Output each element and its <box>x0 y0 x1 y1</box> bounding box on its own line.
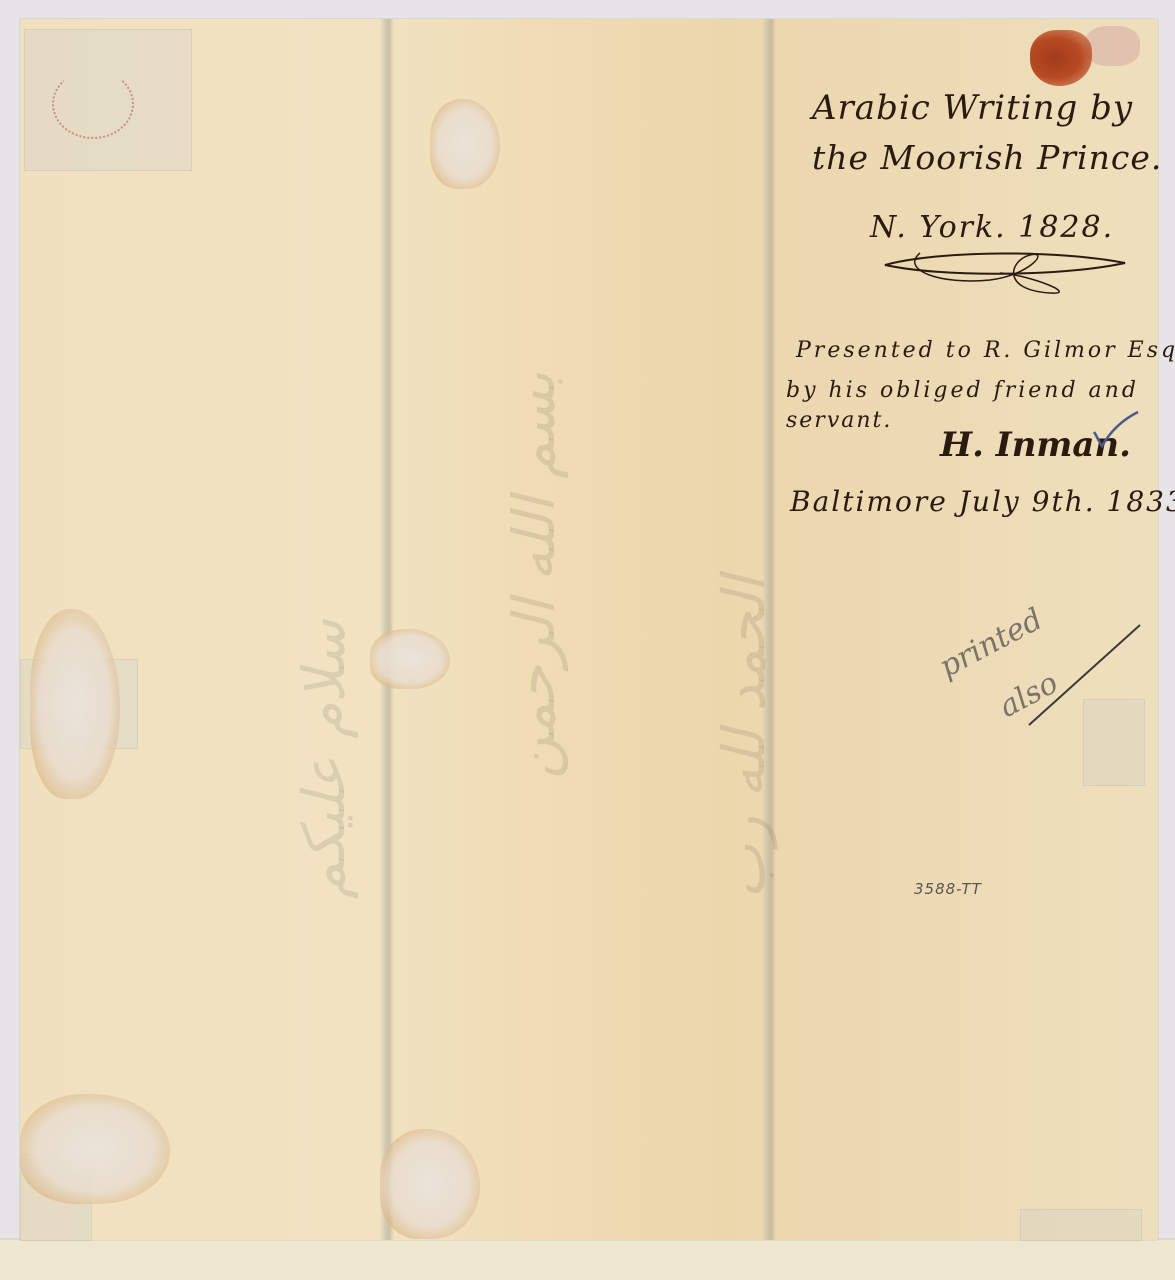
mount-backing <box>0 1238 1175 1280</box>
presentation-line-1: Presented to R. Gilmor Esqr <box>796 338 1175 363</box>
bleed-through-arabic-2: بسم الله الرحمن <box>500 159 568 779</box>
water-stain-top-center <box>430 99 500 189</box>
water-stain-bottom-left <box>20 1094 170 1204</box>
accession-number: 3588-TT <box>914 880 982 898</box>
water-stain-left <box>30 609 120 799</box>
checkmark-icon <box>1090 410 1140 450</box>
seal-residue-faint <box>1085 26 1140 66</box>
pencil-slash-mark <box>1025 620 1145 730</box>
title-line-2: the Moorish Prince. <box>812 138 1162 177</box>
hinge-tape-bottom-right <box>1020 1209 1142 1241</box>
dateline: Baltimore July 9th. 1833. <box>790 485 1175 518</box>
bleed-through-arabic-3: الحمد لله رب <box>710 199 778 899</box>
water-stain-bottom-center <box>380 1129 480 1239</box>
collection-stamp <box>52 69 134 139</box>
presentation-line-3: servant. <box>786 408 892 433</box>
place-date: N. York. 1828. <box>870 210 1114 245</box>
title-line-1: Arabic Writing by <box>812 88 1133 128</box>
water-stain-mid-fold <box>370 629 450 689</box>
signature-flourish <box>880 245 1130 300</box>
bleed-through-arabic-1: سلام عليكم <box>290 339 358 899</box>
presentation-line-2: by his obliged friend and <box>786 378 1139 403</box>
